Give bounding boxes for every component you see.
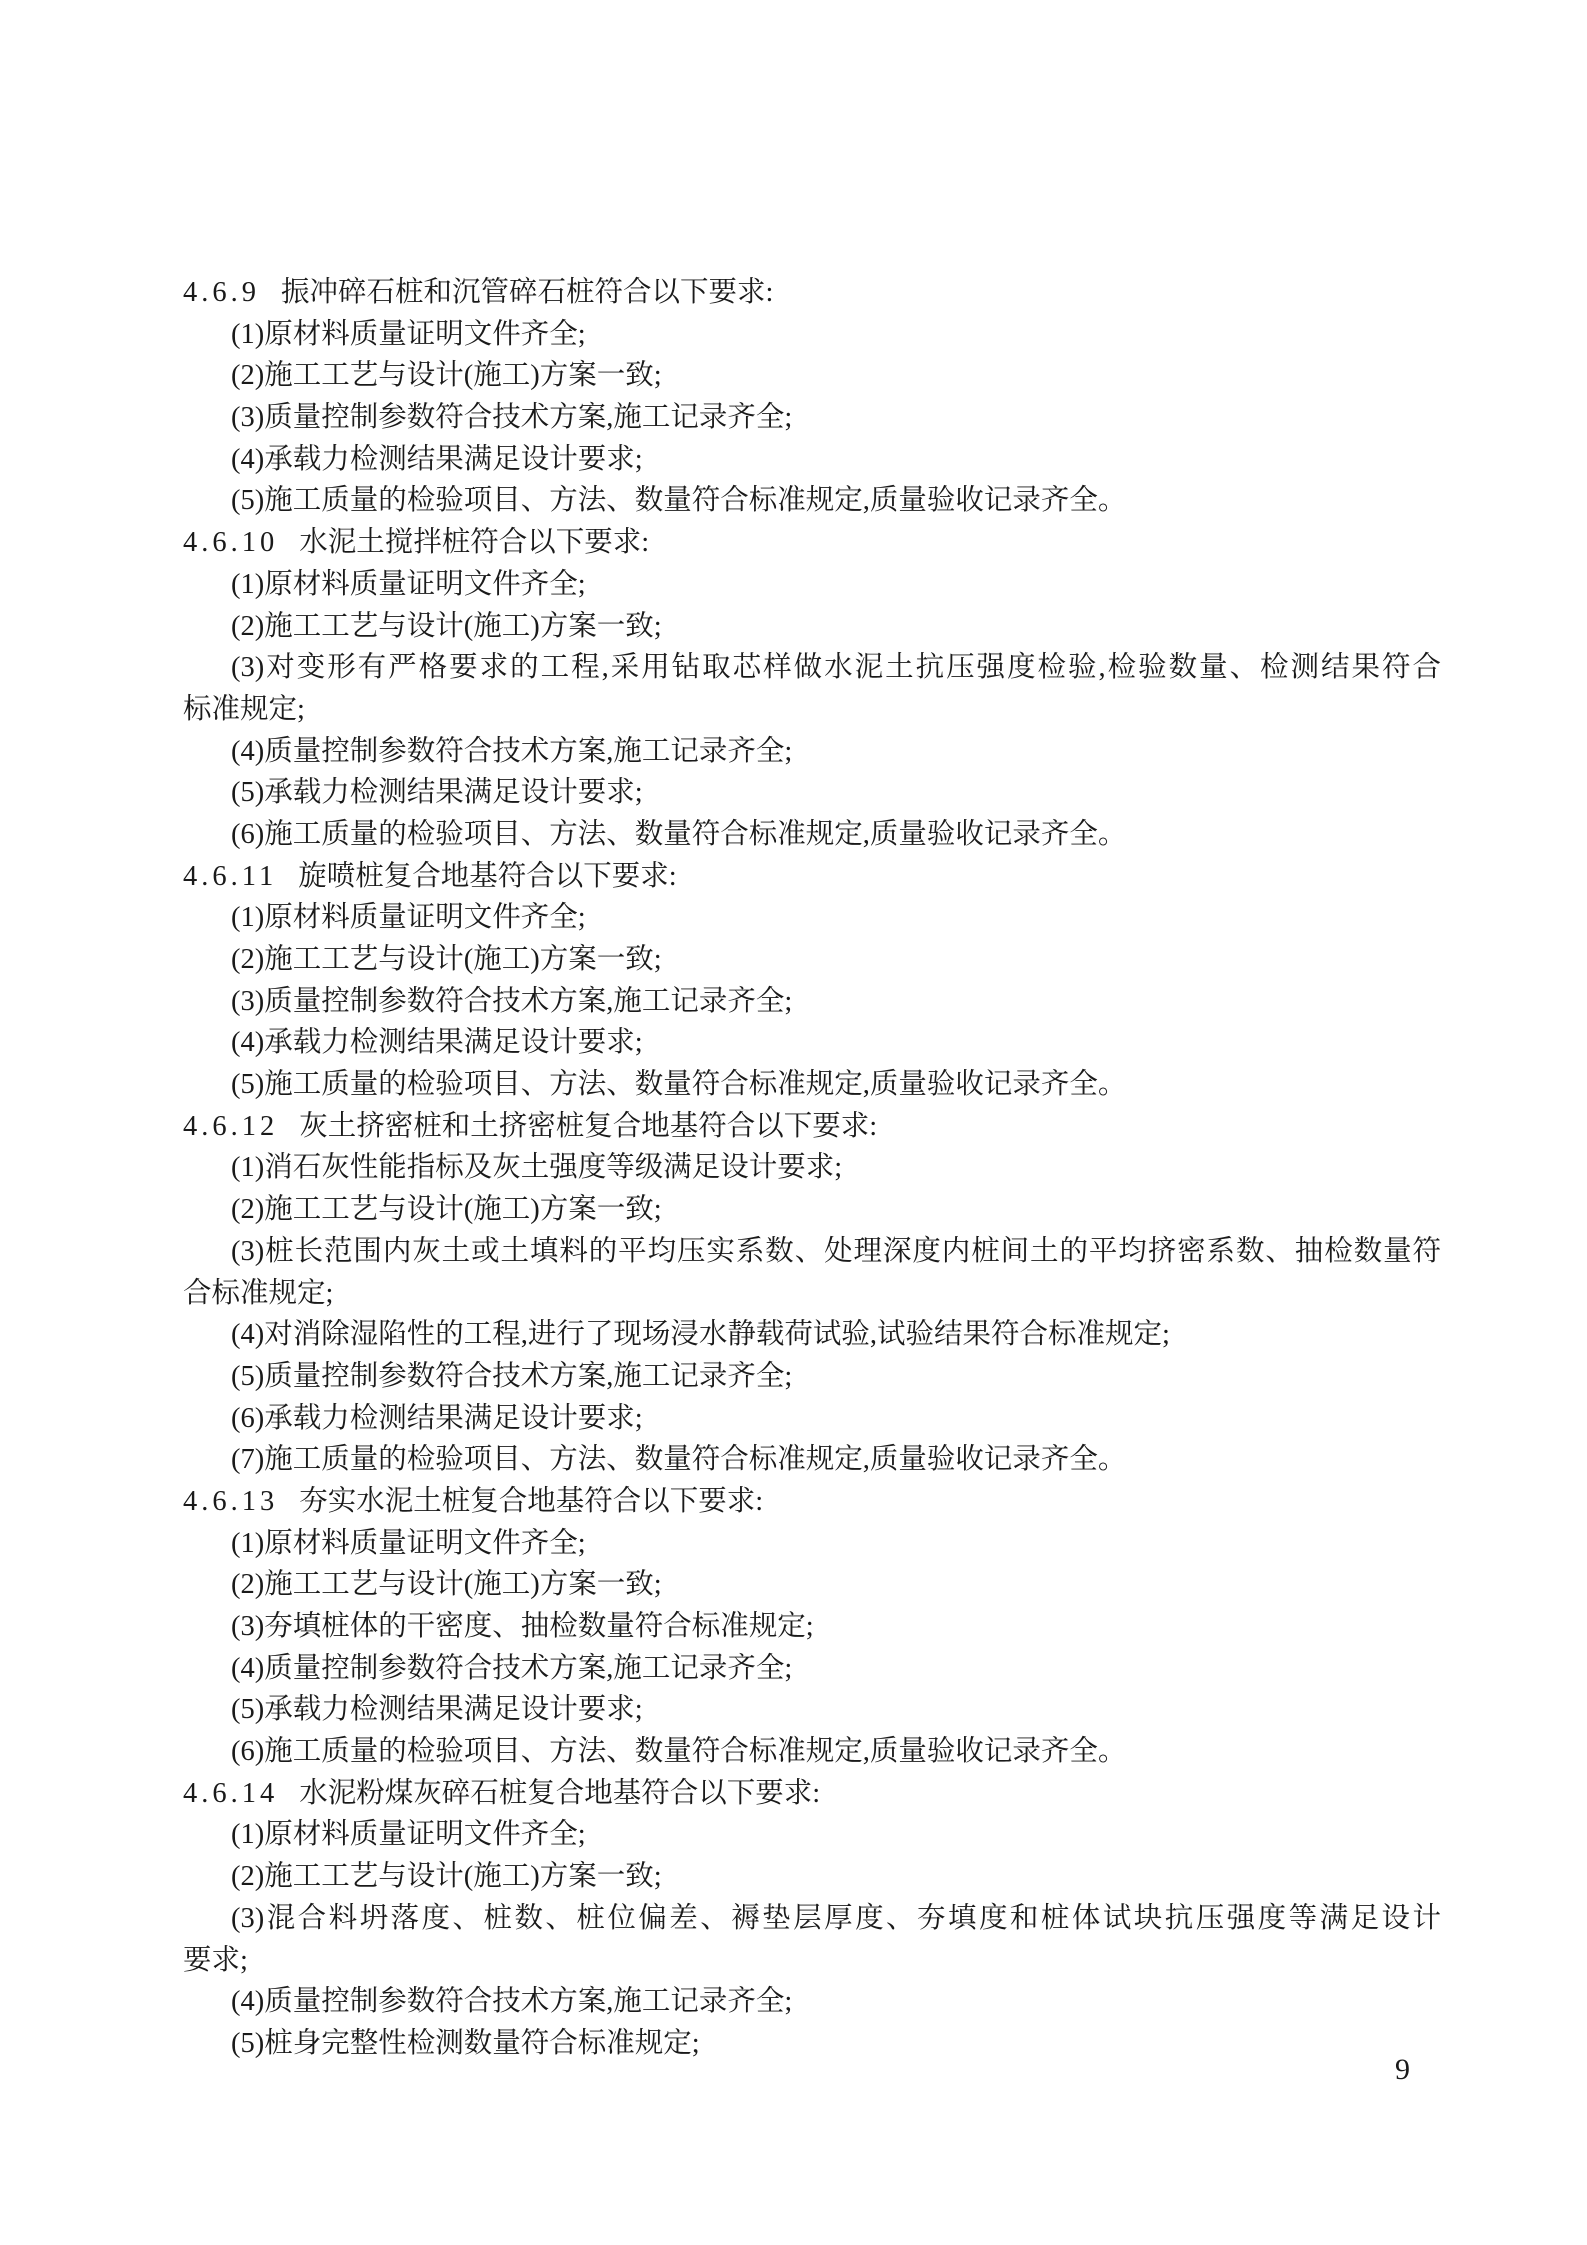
section-heading: 4.6.12灰土挤密桩和土挤密桩复合地基符合以下要求: <box>183 1106 1441 1148</box>
section-title: 水泥粉煤灰碎石桩复合地基符合以下要求: <box>299 1778 820 1809</box>
section-4.6.11: 4.6.11旋喷桩复合地基符合以下要求:(1)原材料质量证明文件齐全;(2)施工… <box>183 856 1441 1106</box>
item-line: (1)原材料质量证明文件齐全; <box>183 564 1441 606</box>
item-line: (3)对变形有严格要求的工程,采用钻取芯样做水泥土抗压强度检验,检验数量、检测结… <box>183 647 1441 689</box>
section-title: 水泥土搅拌桩符合以下要求: <box>299 527 649 558</box>
item-line: (1)原材料质量证明文件齐全; <box>183 1523 1441 1565</box>
section-heading: 4.6.9振冲碎石桩和沉管碎石桩符合以下要求: <box>183 272 1441 314</box>
item-line: (6)施工质量的检验项目、方法、数量符合标准规定,质量验收记录齐全。 <box>183 814 1441 856</box>
item-line: (3)质量控制参数符合技术方案,施工记录齐全; <box>183 981 1441 1023</box>
item-line: (4)质量控制参数符合技术方案,施工记录齐全; <box>183 1648 1441 1690</box>
item-line: (3)混合料坍落度、桩数、桩位偏差、褥垫层厚度、夯填度和桩体试块抗压强度等满足设… <box>183 1898 1441 1940</box>
item-line: (5)桩身完整性检测数量符合标准规定; <box>183 2023 1441 2065</box>
section-number: 4.6.12 <box>183 1111 278 1142</box>
section-heading: 4.6.14水泥粉煤灰碎石桩复合地基符合以下要求: <box>183 1773 1441 1815</box>
item-line: (6)施工质量的检验项目、方法、数量符合标准规定,质量验收记录齐全。 <box>183 1731 1441 1773</box>
section-4.6.14: 4.6.14水泥粉煤灰碎石桩复合地基符合以下要求:(1)原材料质量证明文件齐全;… <box>183 1773 1441 2065</box>
item-line: (5)承载力检测结果满足设计要求; <box>183 772 1441 814</box>
section-4.6.13: 4.6.13夯实水泥土桩复合地基符合以下要求:(1)原材料质量证明文件齐全;(2… <box>183 1481 1441 1773</box>
section-4.6.10: 4.6.10水泥土搅拌桩符合以下要求:(1)原材料质量证明文件齐全;(2)施工工… <box>183 522 1441 856</box>
item-line: (2)施工工艺与设计(施工)方案一致; <box>183 1564 1441 1606</box>
section-heading: 4.6.10水泥土搅拌桩符合以下要求: <box>183 522 1441 564</box>
item-line: (5)承载力检测结果满足设计要求; <box>183 1689 1441 1731</box>
item-line: (2)施工工艺与设计(施工)方案一致; <box>183 939 1441 981</box>
section-number: 4.6.14 <box>183 1778 278 1809</box>
section-number: 4.6.13 <box>183 1486 278 1517</box>
page-number: 9 <box>1395 2052 1410 2088</box>
item-line: (6)承载力检测结果满足设计要求; <box>183 1398 1441 1440</box>
item-line: (5)质量控制参数符合技术方案,施工记录齐全; <box>183 1356 1441 1398</box>
section-number: 4.6.11 <box>183 861 277 892</box>
document-page: 4.6.9振冲碎石桩和沉管碎石桩符合以下要求:(1)原材料质量证明文件齐全;(2… <box>0 0 1587 2245</box>
item-line-continuation: 要求; <box>183 1940 1441 1982</box>
section-number: 4.6.10 <box>183 527 278 558</box>
item-line: (4)质量控制参数符合技术方案,施工记录齐全; <box>183 731 1441 773</box>
section-title: 振冲碎石桩和沉管碎石桩符合以下要求: <box>281 277 773 308</box>
section-number: 4.6.9 <box>183 277 260 308</box>
item-line: (1)消石灰性能指标及灰土强度等级满足设计要求; <box>183 1147 1441 1189</box>
item-line: (5)施工质量的检验项目、方法、数量符合标准规定,质量验收记录齐全。 <box>183 480 1441 522</box>
item-line: (3)质量控制参数符合技术方案,施工记录齐全; <box>183 397 1441 439</box>
text-block: 4.6.9振冲碎石桩和沉管碎石桩符合以下要求:(1)原材料质量证明文件齐全;(2… <box>183 272 1441 2065</box>
item-line: (1)原材料质量证明文件齐全; <box>183 897 1441 939</box>
item-line: (7)施工质量的检验项目、方法、数量符合标准规定,质量验收记录齐全。 <box>183 1439 1441 1481</box>
item-line: (2)施工工艺与设计(施工)方案一致; <box>183 1189 1441 1231</box>
section-4.6.12: 4.6.12灰土挤密桩和土挤密桩复合地基符合以下要求:(1)消石灰性能指标及灰土… <box>183 1106 1441 1481</box>
section-title: 旋喷桩复合地基符合以下要求: <box>298 861 676 892</box>
item-line: (1)原材料质量证明文件齐全; <box>183 314 1441 356</box>
item-line: (2)施工工艺与设计(施工)方案一致; <box>183 606 1441 648</box>
item-line: (3)夯填桩体的干密度、抽检数量符合标准规定; <box>183 1606 1441 1648</box>
item-line-continuation: 合标准规定; <box>183 1273 1441 1315</box>
item-line: (5)施工质量的检验项目、方法、数量符合标准规定,质量验收记录齐全。 <box>183 1064 1441 1106</box>
item-line: (4)承载力检测结果满足设计要求; <box>183 1022 1441 1064</box>
item-line-continuation: 标准规定; <box>183 689 1441 731</box>
item-line: (4)质量控制参数符合技术方案,施工记录齐全; <box>183 1981 1441 2023</box>
item-line: (3)桩长范围内灰土或土填料的平均压实系数、处理深度内桩间土的平均挤密系数、抽检… <box>183 1231 1441 1273</box>
section-title: 灰土挤密桩和土挤密桩复合地基符合以下要求: <box>299 1111 877 1142</box>
section-4.6.9: 4.6.9振冲碎石桩和沉管碎石桩符合以下要求:(1)原材料质量证明文件齐全;(2… <box>183 272 1441 522</box>
item-line: (4)承载力检测结果满足设计要求; <box>183 439 1441 481</box>
section-heading: 4.6.11旋喷桩复合地基符合以下要求: <box>183 856 1441 898</box>
section-heading: 4.6.13夯实水泥土桩复合地基符合以下要求: <box>183 1481 1441 1523</box>
item-line: (1)原材料质量证明文件齐全; <box>183 1814 1441 1856</box>
item-line: (2)施工工艺与设计(施工)方案一致; <box>183 355 1441 397</box>
item-line: (4)对消除湿陷性的工程,进行了现场浸水静载荷试验,试验结果符合标准规定; <box>183 1314 1441 1356</box>
item-line: (2)施工工艺与设计(施工)方案一致; <box>183 1856 1441 1898</box>
section-title: 夯实水泥土桩复合地基符合以下要求: <box>299 1486 763 1517</box>
